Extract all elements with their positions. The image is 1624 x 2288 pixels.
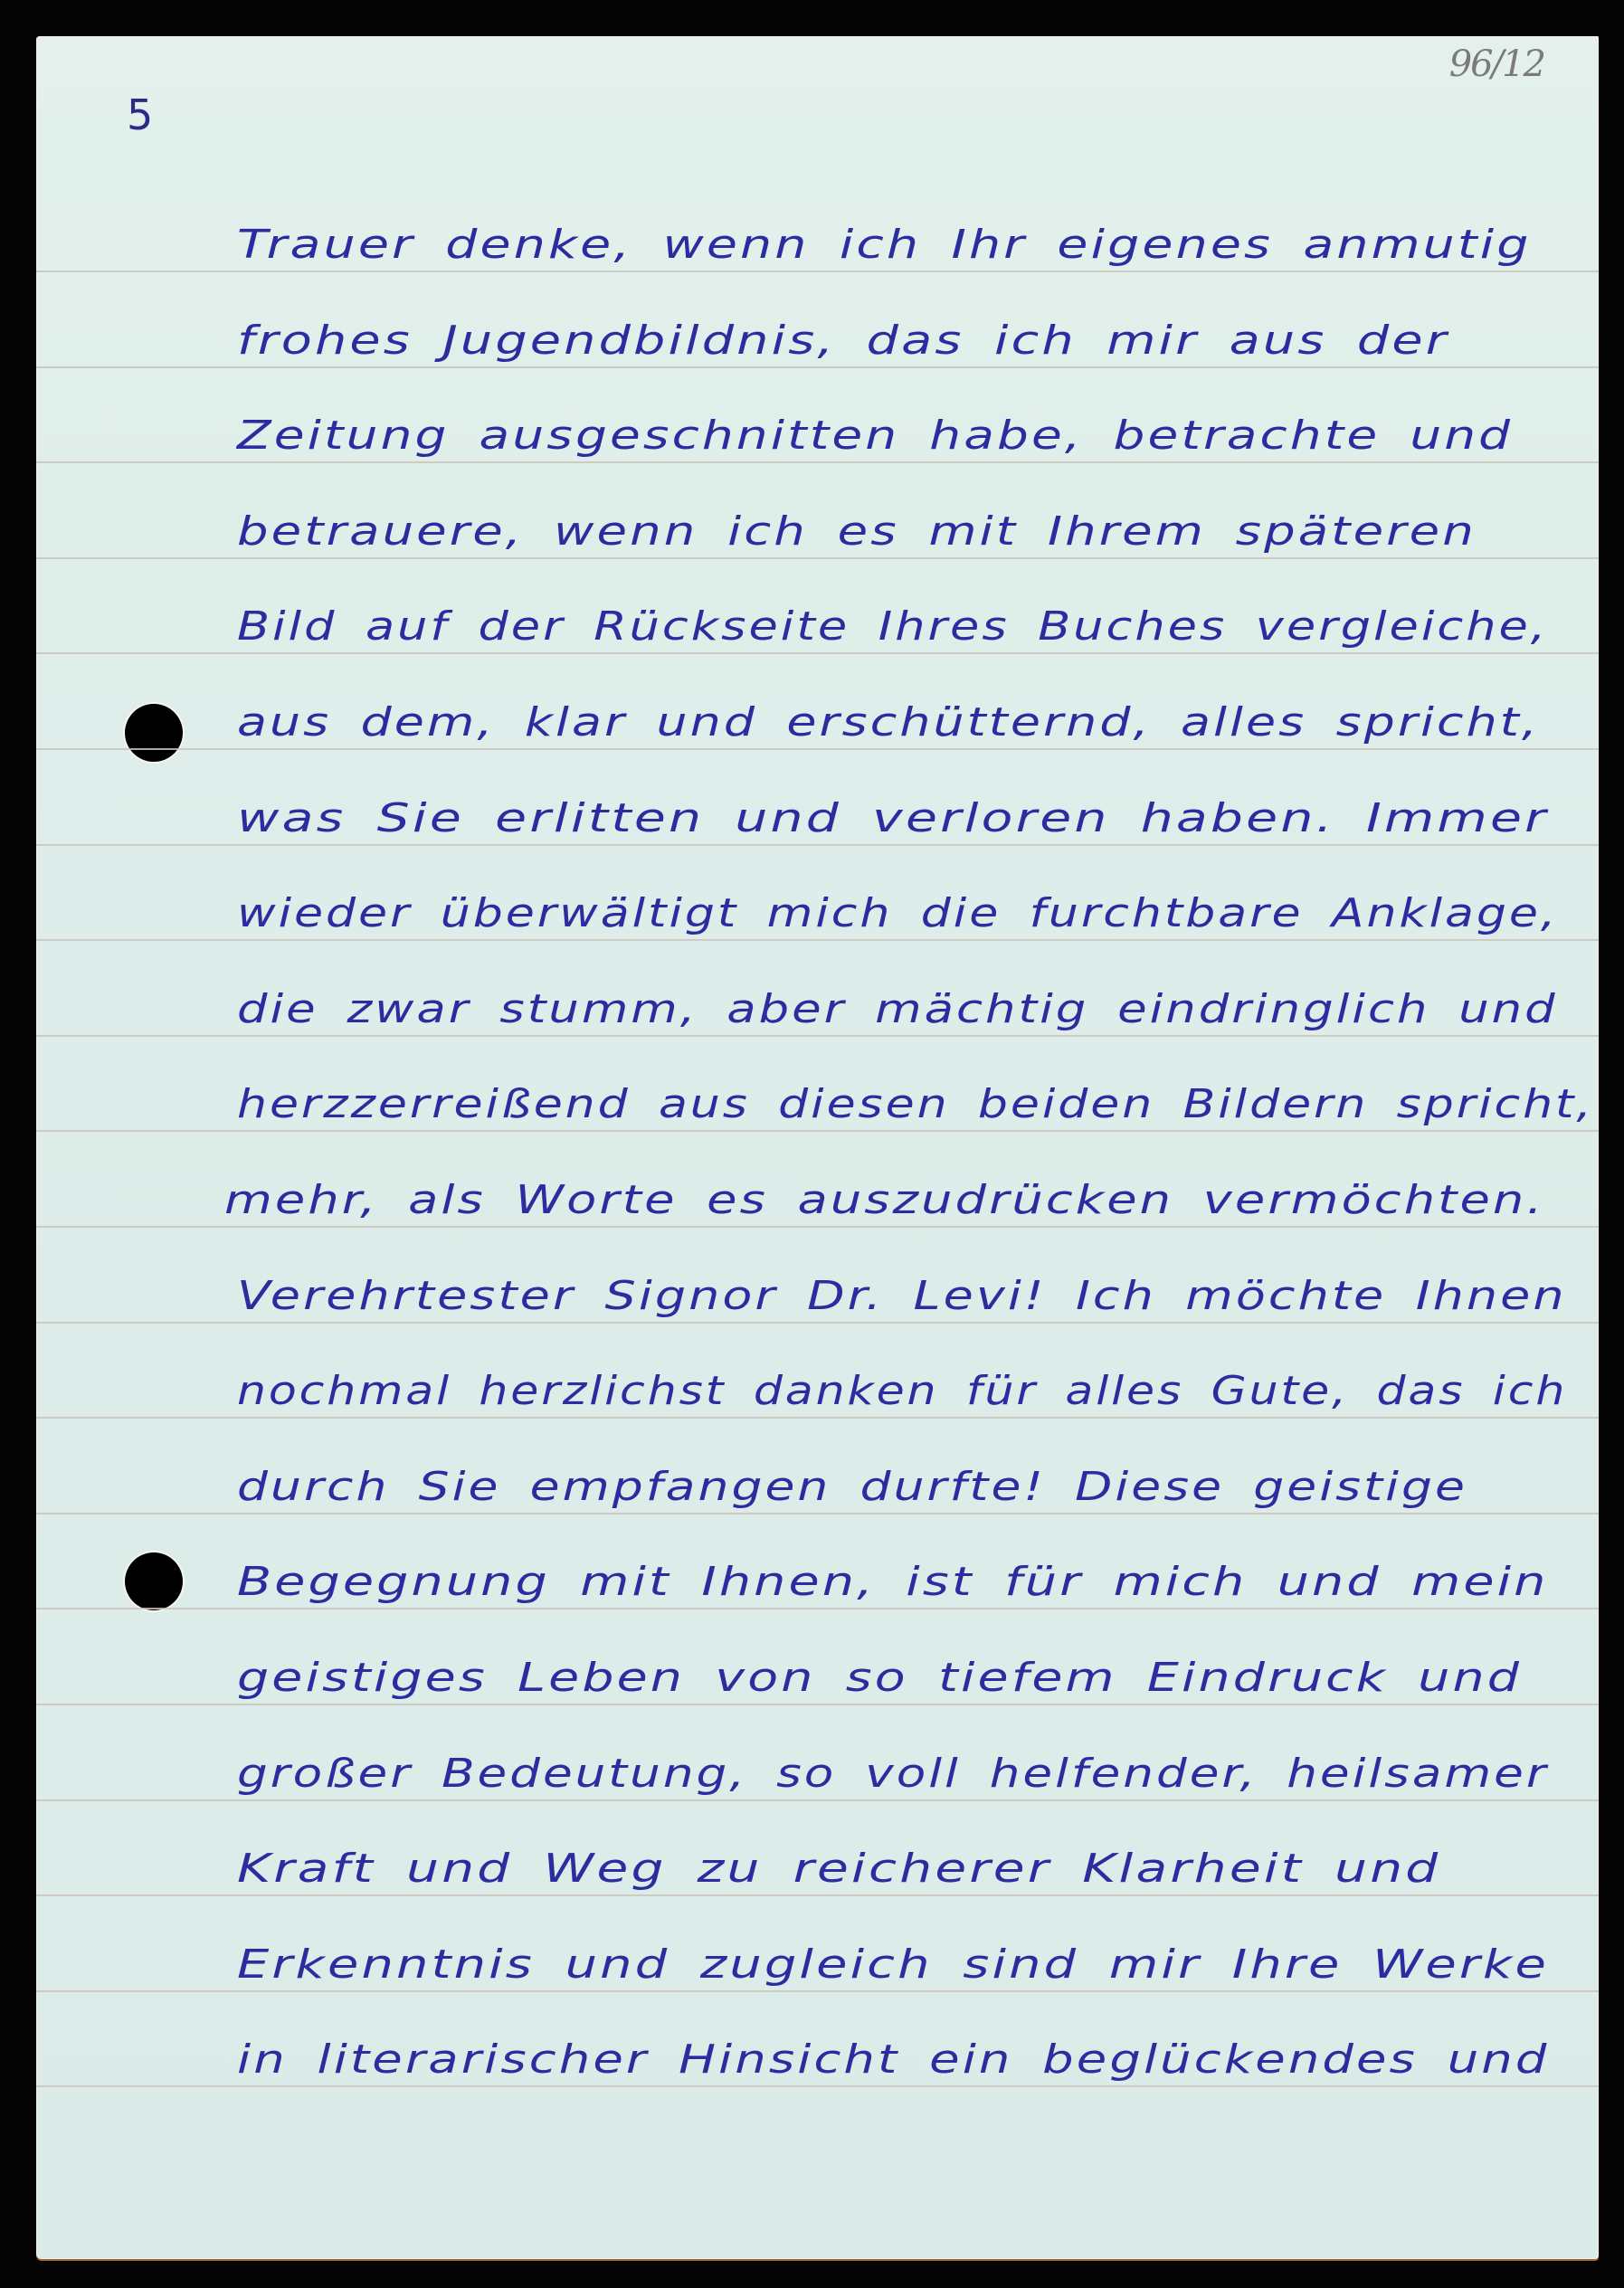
ruled-line [36, 557, 1599, 559]
letter-line: aus dem, klar und erschütternd, alles sp… [237, 703, 1540, 743]
letter-line: herzzerreißend aus diesen beiden Bildern… [237, 1085, 1594, 1125]
ruled-line [36, 939, 1599, 941]
ruled-line [36, 652, 1599, 654]
letter-line: wieder überwältigt mich die furchtbare A… [237, 894, 1558, 934]
letter-line: Trauer denke, wenn ich Ihr eigenes anmut… [237, 225, 1532, 265]
letter-line: die zwar stumm, aber mächtig eindringlic… [237, 990, 1558, 1030]
ruled-line [36, 1894, 1599, 1896]
ruled-line [36, 1417, 1599, 1419]
letter-line: Zeitung ausgeschnitten habe, betrachte u… [237, 416, 1513, 456]
letter-line: Verehrtester Signor Dr. Levi! Ich möchte… [237, 1277, 1567, 1316]
ruled-line [36, 1990, 1599, 1992]
ruled-line [36, 1513, 1599, 1514]
page-number: 5 [127, 90, 153, 139]
ruled-line [36, 1608, 1599, 1609]
letter-line: in literarischer Hinsicht ein beglückend… [237, 2040, 1549, 2080]
ruled-line [36, 2085, 1599, 2087]
letter-line: durch Sie empfangen durfte! Diese geisti… [237, 1467, 1467, 1507]
letter-line: geistiges Leben von so tiefem Eindruck u… [237, 1658, 1522, 1698]
ruled-line [36, 1322, 1599, 1324]
punch-hole-lower [125, 1552, 183, 1610]
ruled-line [36, 1799, 1599, 1801]
ruled-line [36, 461, 1599, 463]
archive-number: 96/12 [1449, 43, 1544, 85]
letter-line: frohes Jugendbildnis, das ich mir aus de… [237, 321, 1449, 361]
ruled-line [36, 1130, 1599, 1132]
letter-line: Begegnung mit Ihnen, ist für mich und me… [237, 1562, 1549, 1602]
ruled-line [36, 748, 1599, 750]
letter-line: großer Bedeutung, so voll helfender, hei… [237, 1754, 1549, 1794]
ruled-line [36, 1704, 1599, 1705]
letter-line: mehr, als Worte es auszudrücken vermöcht… [224, 1181, 1545, 1220]
letter-line: nochmal herzlichst danken für alles Gute… [237, 1372, 1567, 1411]
ruled-line [36, 1035, 1599, 1037]
ruled-line [36, 1226, 1599, 1228]
letter-line: was Sie erlitten und verloren haben. Imm… [237, 799, 1549, 839]
ruled-line [36, 271, 1599, 272]
ruled-line [36, 844, 1599, 846]
letter-page: 5 96/12 Trauer denke, wenn ich Ihr eigen… [36, 36, 1599, 2259]
ruled-line [36, 366, 1599, 368]
punch-hole-upper [125, 704, 183, 762]
letter-line: Erkenntnis und zugleich sind mir Ihre We… [237, 1945, 1549, 1985]
letter-line: Bild auf der Rückseite Ihres Buches verg… [237, 607, 1548, 647]
letter-line: betrauere, wenn ich es mit Ihrem spätere… [237, 512, 1477, 552]
letter-line: Kraft und Weg zu reicherer Klarheit und [237, 1849, 1440, 1889]
